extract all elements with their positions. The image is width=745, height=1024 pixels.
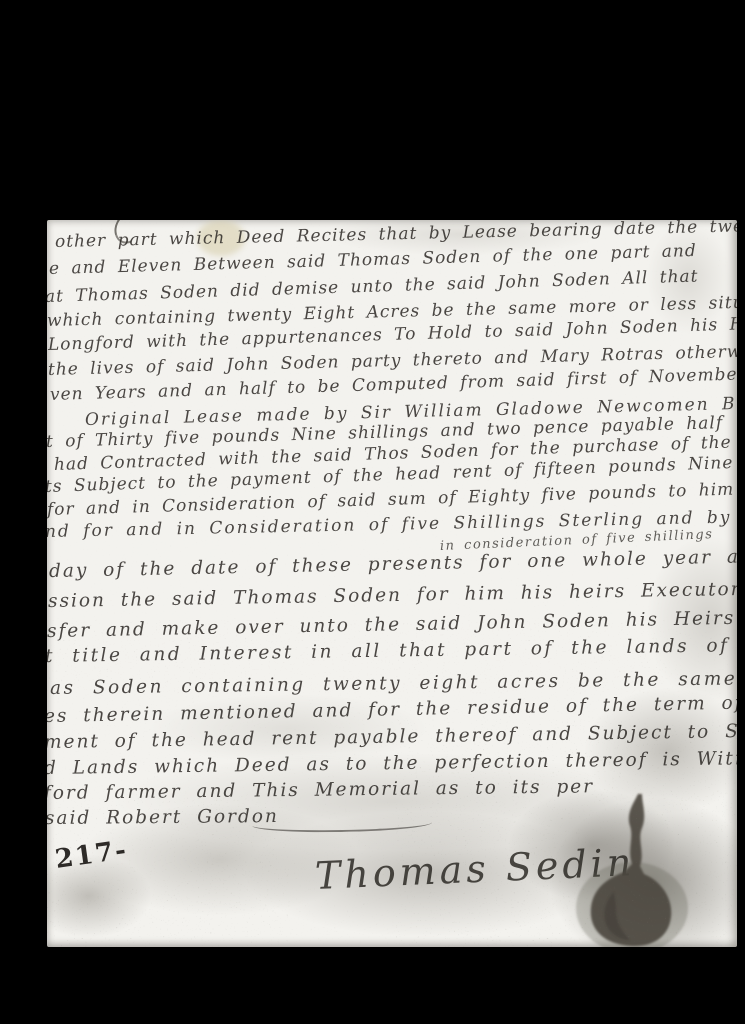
scanned-document-photo: other part which Deed Recites that by Le…	[0, 0, 745, 1024]
handwritten-line: ford farmer and This Memorial as to its …	[47, 777, 594, 804]
handwritten-line: day of the date of these presents for on…	[49, 547, 737, 582]
wax-seal-icon	[562, 780, 712, 947]
page-number: 217-	[54, 837, 130, 873]
handwritten-line: said Robert Gordon	[47, 807, 279, 829]
pen-flourish	[252, 814, 432, 833]
document-page: other part which Deed Recites that by Le…	[47, 220, 737, 947]
handwritten-line: ssion the said Thomas Soden for him his …	[48, 580, 737, 613]
handwritten-line: d Lands which Deed as to the perfection …	[47, 748, 737, 780]
handwritten-line: t title and Interest in all that part of…	[47, 636, 730, 667]
